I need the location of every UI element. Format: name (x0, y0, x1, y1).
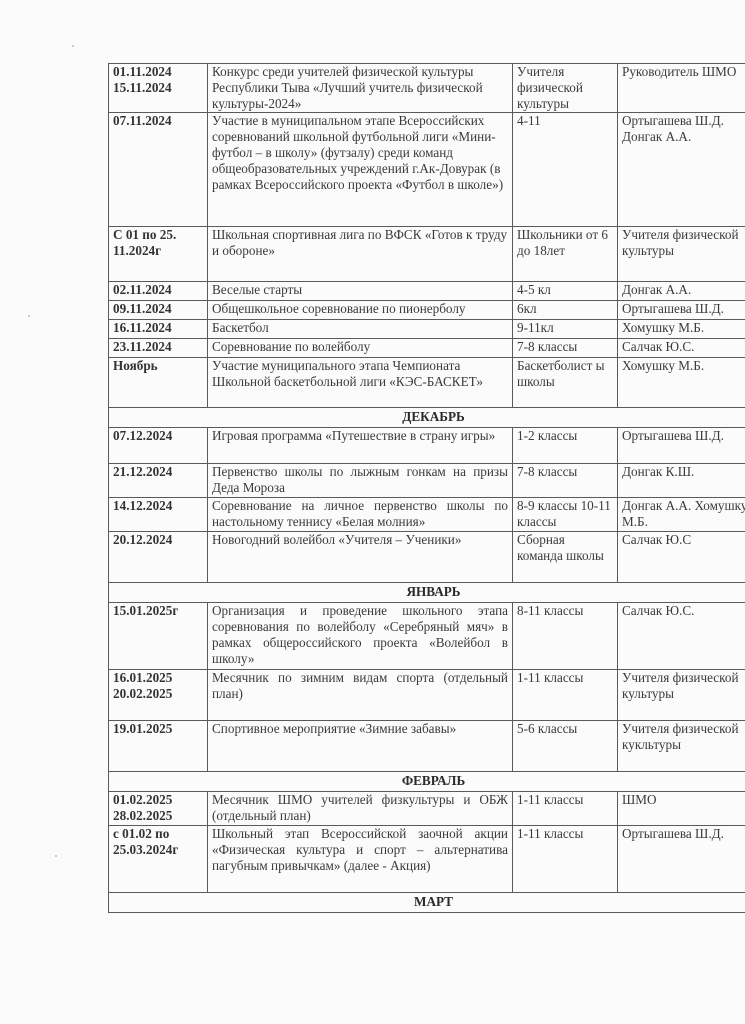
event-date-cell: 01.11.202415.11.2024 (109, 64, 208, 113)
event-responsible: Хомушку М.Б. (622, 320, 704, 335)
event-participants-cell: Школьники от 6 до 18лет (513, 227, 618, 282)
event-description-cell: Участие муниципального этапа Чемпионата … (208, 358, 513, 408)
event-participants: 7-8 классы (517, 464, 577, 479)
event-row: 15.01.2025г Организация и проведение шко… (109, 603, 745, 670)
event-responsible: Учителя физической культуры (622, 670, 739, 701)
event-description-cell: Первенство школы по лыжным гонкам на при… (208, 464, 513, 498)
event-responsible-cell: Учителя физической кукльтуры (618, 721, 745, 772)
event-responsible-cell: Донгак А.А. (618, 282, 745, 301)
event-description-cell: Конкурс среди учителей физической культу… (208, 64, 513, 113)
scan-speck (72, 45, 74, 47)
event-participants-cell: 7-8 классы (513, 339, 618, 358)
event-row: 01.02.202528.02.2025 Месячник ШМО учител… (109, 792, 745, 826)
event-date: 21.12.2024 (113, 464, 203, 480)
event-date-cell: 07.11.2024 (109, 113, 208, 227)
event-date-cell: 23.11.2024 (109, 339, 208, 358)
event-date: 19.01.2025 (113, 721, 203, 737)
event-responsible-cell: ШМО (618, 792, 745, 826)
event-date-cell: 09.11.2024 (109, 301, 208, 320)
event-description-cell: Веселые старты (208, 282, 513, 301)
event-participants-cell: Баскетболист ы школы (513, 358, 618, 408)
event-participants-cell: 4-11 (513, 113, 618, 227)
event-date: с 01.02 по (113, 826, 203, 842)
event-participants-cell: 1-2 классы (513, 428, 618, 464)
event-description-cell: Школьный этап Всероссийской заочной акци… (208, 826, 513, 893)
event-responsible: ШМО (622, 792, 657, 807)
month-label: ДЕКАБРЬ (402, 409, 464, 424)
event-row: 07.12.2024 Игровая программа «Путешестви… (109, 428, 745, 464)
event-description: Участие муниципального этапа Чемпионата … (212, 358, 483, 389)
event-participants: 1-11 классы (517, 792, 583, 807)
event-participants-cell: 5-6 классы (513, 721, 618, 772)
event-date: 20.12.2024 (113, 532, 203, 548)
event-participants: 5-6 классы (517, 721, 577, 736)
month-header-row: МАРТ (109, 893, 745, 913)
event-date: 11.2024г (113, 243, 203, 259)
event-description: Конкурс среди учителей физической культу… (212, 64, 483, 111)
event-row: 07.11.2024 Участие в муниципальном этапе… (109, 113, 745, 227)
event-participants: Баскетболист ы школы (517, 358, 605, 389)
event-date: 02.11.2024 (113, 282, 203, 298)
event-row: 09.11.2024 Общешкольное соревнование по … (109, 301, 745, 320)
event-responsible-cell: Ортыгашева Ш.Д. Донгак А.А. (618, 113, 745, 227)
event-description: Баскетбол (212, 320, 269, 335)
event-date-cell: 20.12.2024 (109, 532, 208, 583)
event-description: Организация и проведение школьного этапа… (212, 603, 508, 666)
event-date-cell: 19.01.2025 (109, 721, 208, 772)
event-description: Спортивное мероприятие «Зимние забавы» (212, 721, 456, 736)
event-responsible-cell: Ортыгашева Ш.Д. (618, 826, 745, 893)
event-date: 14.12.2024 (113, 498, 203, 514)
month-label: ЯНВАРЬ (406, 584, 460, 599)
event-participants: Школьники от 6 до 18лет (517, 227, 608, 258)
event-responsible: Донгак А.А. (622, 282, 691, 297)
month-label: МАРТ (414, 894, 453, 909)
event-row: 23.11.2024 Соревнование по волейболу 7-8… (109, 339, 745, 358)
event-date-cell: 16.11.2024 (109, 320, 208, 339)
event-description-cell: Общешкольное соревнование по пионерболу (208, 301, 513, 320)
event-description-cell: Баскетбол (208, 320, 513, 339)
event-responsible-cell: Донгак А.А. Хомушку М.Б. (618, 498, 745, 532)
month-header: ЯНВАРЬ (109, 583, 745, 603)
month-header-row: ЯНВАРЬ (109, 583, 745, 603)
event-description-cell: Месячник по зимним видам спорта (отдельн… (208, 670, 513, 721)
event-responsible-cell: Хомушку М.Б. (618, 320, 745, 339)
event-participants: 1-11 классы (517, 826, 583, 841)
event-responsible: Учителя физической культуры (622, 227, 739, 258)
event-date: 15.01.2025г (113, 603, 203, 619)
month-header: МАРТ (109, 893, 745, 913)
month-header: ФЕВРАЛЬ (109, 772, 745, 792)
event-responsible-cell: Учителя физической культуры (618, 227, 745, 282)
month-label: ФЕВРАЛЬ (402, 773, 465, 788)
event-participants-cell: 8-9 классы 10-11 классы (513, 498, 618, 532)
event-description-cell: Игровая программа «Путешествие в страну … (208, 428, 513, 464)
event-date-cell: 21.12.2024 (109, 464, 208, 498)
event-description: Школьный этап Всероссийской заочной акци… (212, 826, 508, 873)
sports-events-plan-table: 01.11.202415.11.2024 Конкурс среди учите… (108, 63, 745, 913)
event-responsible: Салчак Ю.С. (622, 603, 694, 618)
event-date: 28.02.2025 (113, 808, 203, 824)
event-date: С 01 по 25. (113, 227, 203, 243)
event-description: Месячник ШМО учителей физкультуры и ОБЖ … (212, 792, 508, 823)
event-date: 09.11.2024 (113, 301, 203, 317)
event-responsible-cell: Ортыгашева Ш.Д. (618, 428, 745, 464)
event-participants-cell: 6кл (513, 301, 618, 320)
event-description-cell: Соревнование на личное первенство школы … (208, 498, 513, 532)
event-description-cell: Новогодний волейбол «Учителя – Ученики» (208, 532, 513, 583)
event-description-cell: Школьная спортивная лига по ВФСК «Готов … (208, 227, 513, 282)
event-row: С 01 по 25.11.2024г Школьная спортивная … (109, 227, 745, 282)
event-participants: 4-5 кл (517, 282, 551, 297)
event-responsible: Учителя физической кукльтуры (622, 721, 739, 752)
event-date-cell: Ноябрь (109, 358, 208, 408)
event-row: 16.11.2024 Баскетбол 9-11кл Хомушку М.Б. (109, 320, 745, 339)
event-responsible: Хомушку М.Б. (622, 358, 704, 373)
event-description-cell: Организация и проведение школьного этапа… (208, 603, 513, 670)
event-responsible: Ортыгашева Ш.Д. (622, 826, 724, 841)
event-date: 07.11.2024 (113, 113, 203, 129)
month-header-row: ФЕВРАЛЬ (109, 772, 745, 792)
event-participants-cell: 8-11 классы (513, 603, 618, 670)
event-row: 02.11.2024 Веселые старты 4-5 кл Донгак … (109, 282, 745, 301)
month-header: ДЕКАБРЬ (109, 408, 745, 428)
event-date: 15.11.2024 (113, 80, 203, 96)
event-responsible: Донгак А.А. Хомушку М.Б. (622, 498, 745, 529)
event-responsible-cell: Салчак Ю.С. (618, 339, 745, 358)
event-date-cell: 02.11.2024 (109, 282, 208, 301)
event-row: 14.12.2024 Соревнование на личное первен… (109, 498, 745, 532)
event-description: Общешкольное соревнование по пионерболу (212, 301, 466, 316)
event-responsible: Ортыгашева Ш.Д. (622, 301, 724, 316)
event-row: 21.12.2024 Первенство школы по лыжным го… (109, 464, 745, 498)
event-date-cell: 15.01.2025г (109, 603, 208, 670)
event-date: 16.01.2025 (113, 670, 203, 686)
event-row: Ноябрь Участие муниципального этапа Чемп… (109, 358, 745, 408)
month-header-row: ДЕКАБРЬ (109, 408, 745, 428)
event-participants: 8-11 классы (517, 603, 583, 618)
event-description-cell: Спортивное мероприятие «Зимние забавы» (208, 721, 513, 772)
event-responsible-cell: Донгак К.Ш. (618, 464, 745, 498)
event-participants-cell: 4-5 кл (513, 282, 618, 301)
event-participants: 1-2 классы (517, 428, 577, 443)
event-description: Соревнование на личное первенство школы … (212, 498, 508, 529)
event-responsible-cell: Салчак Ю.С (618, 532, 745, 583)
event-date-cell: 16.01.202520.02.2025 (109, 670, 208, 721)
event-date-cell: 01.02.202528.02.2025 (109, 792, 208, 826)
scan-speck (55, 855, 57, 857)
event-participants: 1-11 классы (517, 670, 583, 685)
event-description: Игровая программа «Путешествие в страну … (212, 428, 495, 443)
event-participants-cell: 7-8 классы (513, 464, 618, 498)
event-row: 16.01.202520.02.2025 Месячник по зимним … (109, 670, 745, 721)
event-date: 16.11.2024 (113, 320, 203, 336)
event-participants-cell: Сборная команда школы (513, 532, 618, 583)
event-date-cell: С 01 по 25.11.2024г (109, 227, 208, 282)
event-date: 23.11.2024 (113, 339, 203, 355)
event-description: Новогодний волейбол «Учителя – Ученики» (212, 532, 461, 547)
event-responsible: Ортыгашева Ш.Д. Донгак А.А. (622, 113, 724, 144)
event-date: 25.03.2024г (113, 842, 203, 858)
event-date: 01.11.2024 (113, 64, 203, 80)
event-responsible: Донгак К.Ш. (622, 464, 694, 479)
event-responsible: Ортыгашева Ш.Д. (622, 428, 724, 443)
event-date-cell: 14.12.2024 (109, 498, 208, 532)
event-row: 19.01.2025 Спортивное мероприятие «Зимни… (109, 721, 745, 772)
event-row: с 01.02 по25.03.2024г Школьный этап Всер… (109, 826, 745, 893)
event-responsible-cell: Учителя физической культуры (618, 670, 745, 721)
scan-speck (28, 315, 30, 317)
event-description: Месячник по зимним видам спорта (отдельн… (212, 670, 508, 701)
event-date: 07.12.2024 (113, 428, 203, 444)
event-row: 01.11.202415.11.2024 Конкурс среди учите… (109, 64, 745, 113)
event-participants-cell: 1-11 классы (513, 826, 618, 893)
event-participants: 8-9 классы 10-11 классы (517, 498, 611, 529)
event-participants-cell: 9-11кл (513, 320, 618, 339)
event-participants-cell: 1-11 классы (513, 792, 618, 826)
event-responsible-cell: Салчак Ю.С. (618, 603, 745, 670)
event-responsible: Салчак Ю.С (622, 532, 691, 547)
event-description: Соревнование по волейболу (212, 339, 370, 354)
event-responsible-cell: Ортыгашева Ш.Д. (618, 301, 745, 320)
event-row: 20.12.2024 Новогодний волейбол «Учителя … (109, 532, 745, 583)
event-date: 01.02.2025 (113, 792, 203, 808)
event-date-cell: с 01.02 по25.03.2024г (109, 826, 208, 893)
event-description-cell: Участие в муниципальном этапе Всероссийс… (208, 113, 513, 227)
event-date: 20.02.2025 (113, 686, 203, 702)
event-description: Первенство школы по лыжным гонкам на при… (212, 464, 508, 495)
event-participants-cell: Учителя физической культуры (513, 64, 618, 113)
event-responsible: Руководитель ШМО (622, 64, 736, 79)
event-responsible-cell: Руководитель ШМО (618, 64, 745, 113)
event-participants: 6кл (517, 301, 537, 316)
event-description: Участие в муниципальном этапе Всероссийс… (212, 113, 503, 192)
event-participants: 7-8 классы (517, 339, 577, 354)
event-description-cell: Соревнование по волейболу (208, 339, 513, 358)
event-date-cell: 07.12.2024 (109, 428, 208, 464)
event-participants: Сборная команда школы (517, 532, 604, 563)
event-participants: 4-11 (517, 113, 541, 128)
event-description-cell: Месячник ШМО учителей физкультуры и ОБЖ … (208, 792, 513, 826)
event-description: Веселые старты (212, 282, 302, 297)
event-responsible: Салчак Ю.С. (622, 339, 694, 354)
plan-table-body: 01.11.202415.11.2024 Конкурс среди учите… (109, 64, 745, 913)
event-date: Ноябрь (113, 358, 203, 374)
event-participants-cell: 1-11 классы (513, 670, 618, 721)
event-responsible-cell: Хомушку М.Б. (618, 358, 745, 408)
event-participants: 9-11кл (517, 320, 554, 335)
event-description: Школьная спортивная лига по ВФСК «Готов … (212, 227, 507, 258)
event-participants: Учителя физической культуры (517, 64, 583, 111)
